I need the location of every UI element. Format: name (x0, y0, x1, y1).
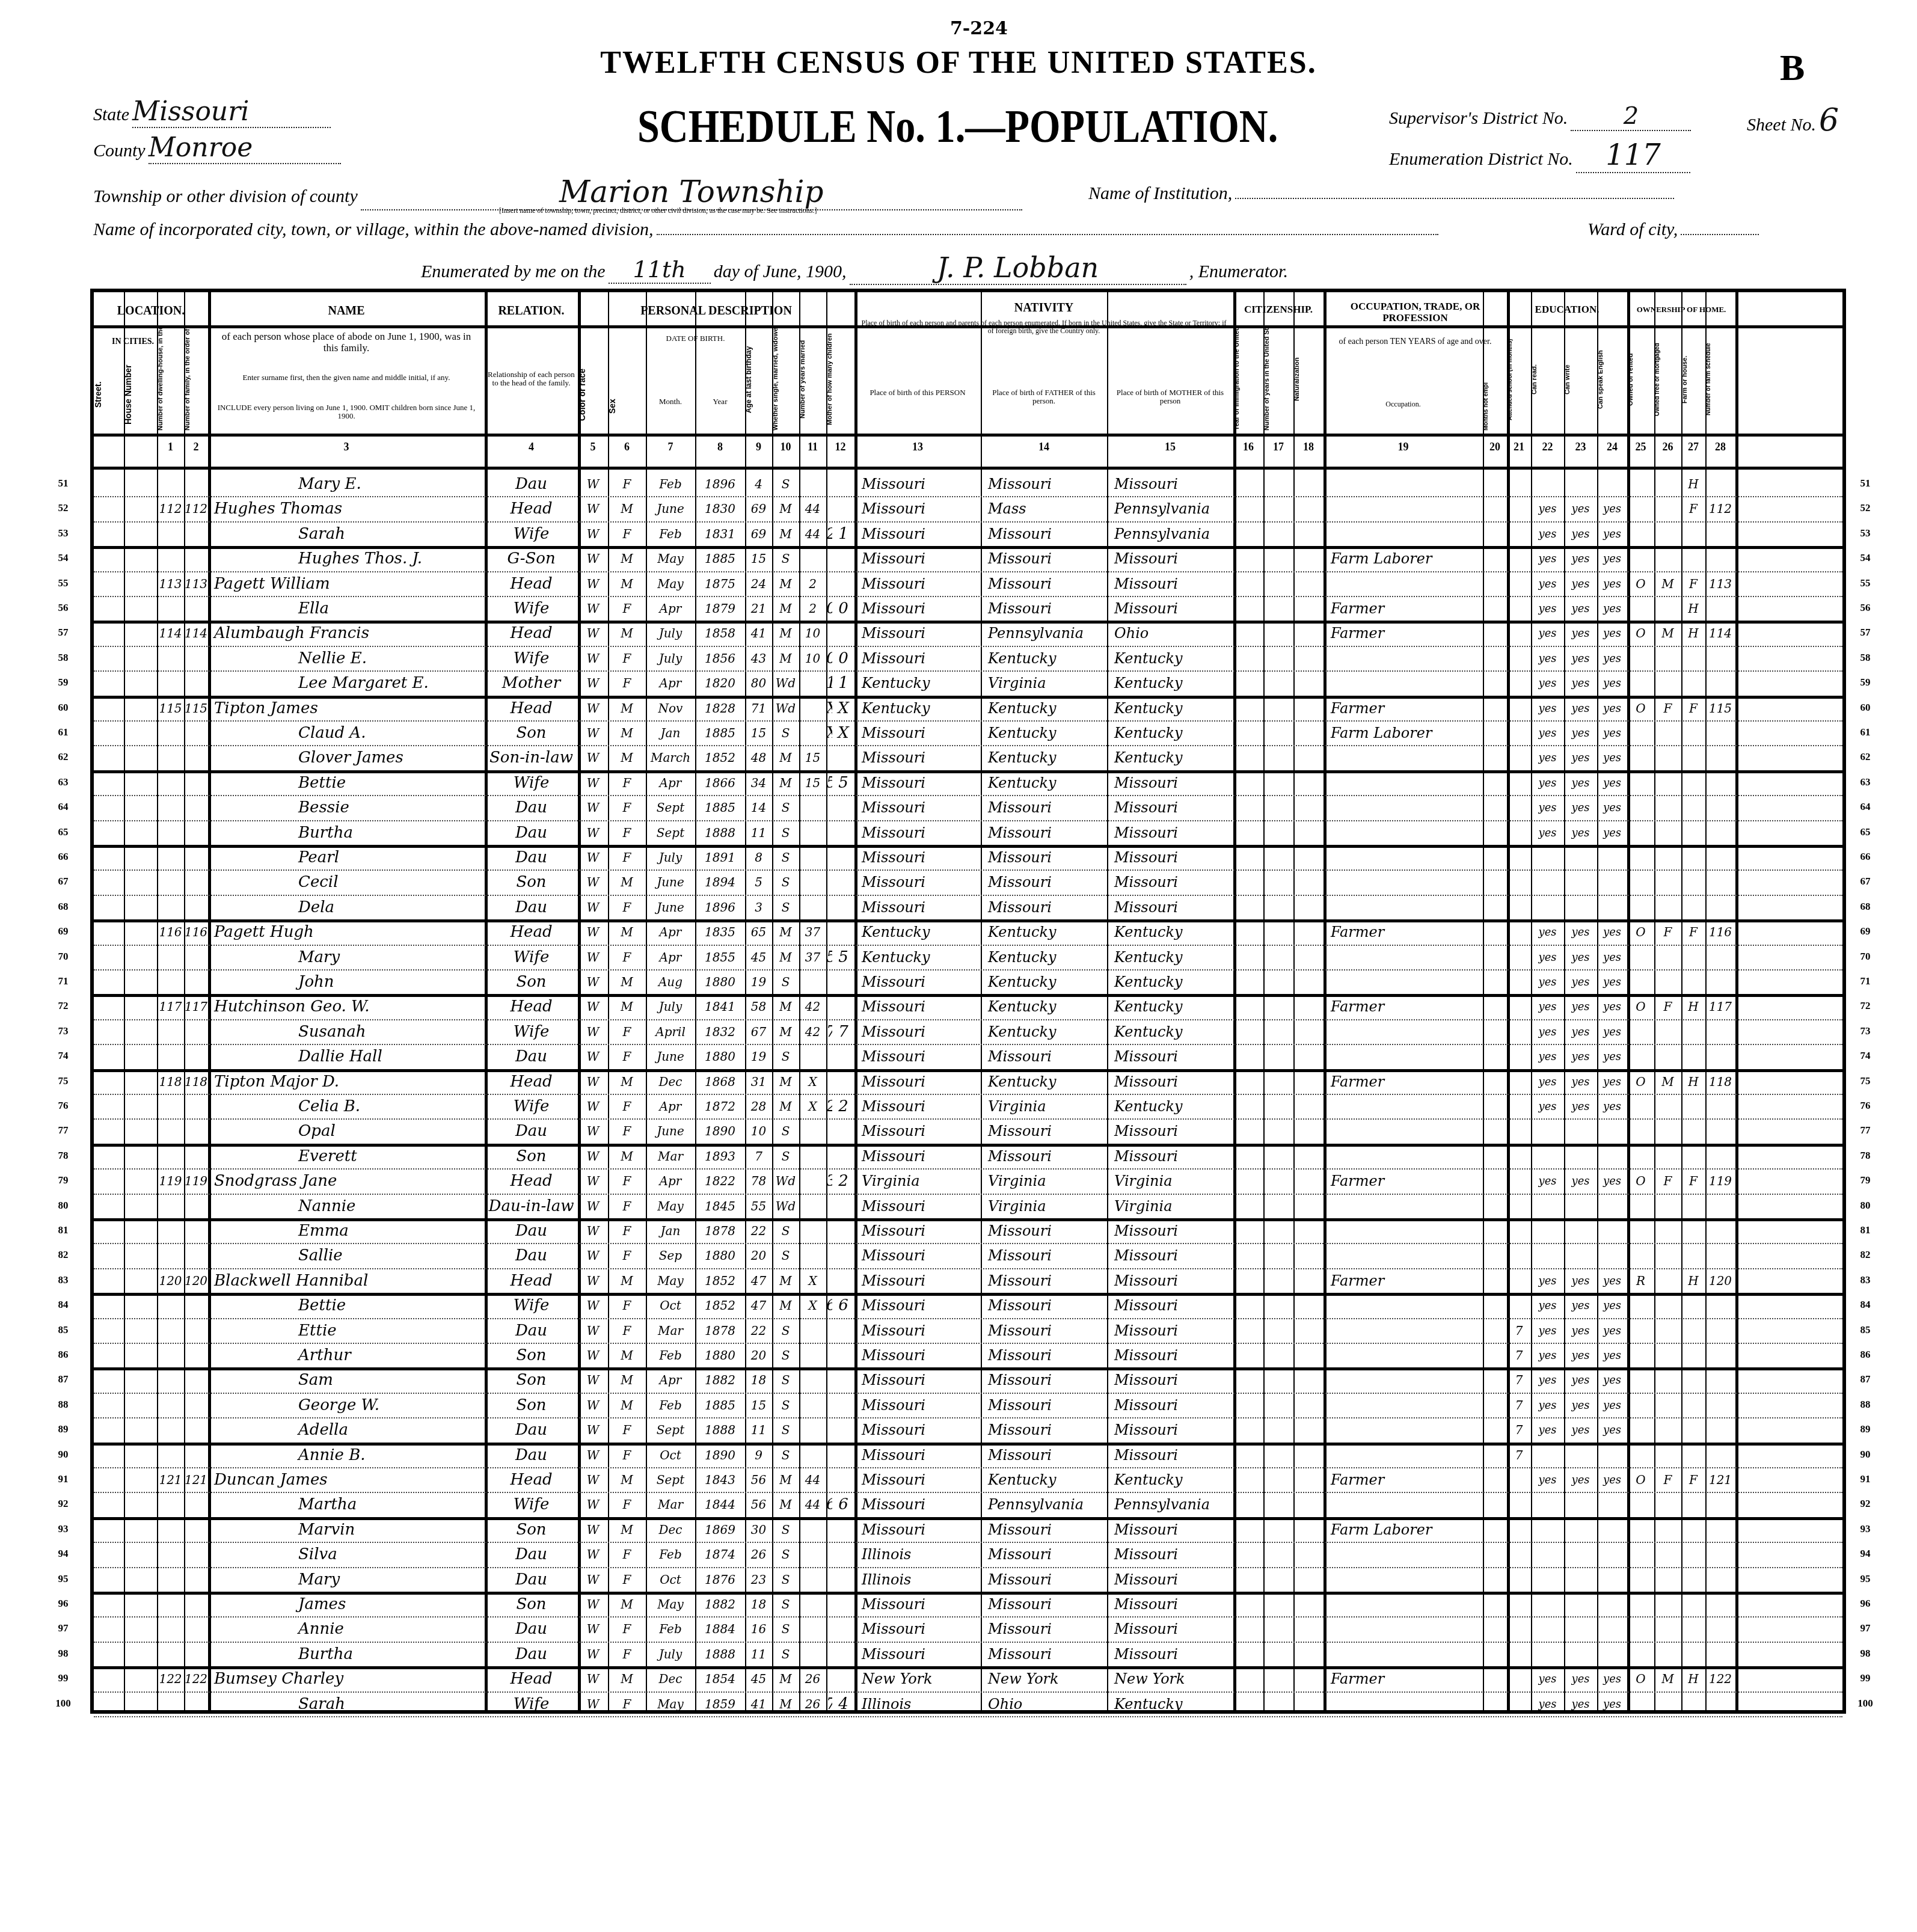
cell-birth: Missouri (854, 845, 988, 871)
cell-father: New York (981, 1666, 1114, 1692)
line-number: 75 (51, 1075, 75, 1087)
cell-sex: F (608, 1243, 646, 1269)
cell-marital: Wd (772, 696, 799, 722)
cell-month: May (646, 571, 695, 597)
cell-family (184, 845, 208, 871)
table-row: SarahWifeWFFeb183169M4421MissouriMissour… (94, 521, 1842, 546)
cell-occupation: Farmer (1323, 994, 1490, 1020)
header-free-mortgaged: Owned free or mortgaged (1654, 328, 1681, 431)
line-number: 88 (51, 1399, 75, 1411)
cell-yrs-married: 15 (799, 770, 826, 796)
cell-schedule (1705, 521, 1735, 547)
cell-write: yes (1564, 1268, 1597, 1294)
cell-marital: M (772, 1019, 799, 1045)
line-number: 86 (51, 1349, 75, 1361)
cell-read: yes (1531, 1691, 1564, 1717)
sheet-field: Sheet No. 6 (1747, 102, 1839, 138)
cell-month: Feb (646, 1542, 695, 1568)
cell-free (1654, 471, 1681, 497)
cell-occupation (1323, 1592, 1490, 1618)
cell-yrs-married: 42 (799, 994, 826, 1020)
enumerator-signature: J. P. Lobban (850, 251, 1186, 285)
cell-mother-of (826, 1343, 832, 1369)
cell-free (1654, 1542, 1681, 1568)
cell-occupation (1323, 1118, 1490, 1144)
cell-mother-of: 6 (826, 1293, 832, 1319)
cell-family (184, 1367, 208, 1393)
column-number: 11 (799, 441, 826, 453)
cell-farm (1681, 945, 1705, 971)
cell-father: Kentucky (981, 1069, 1114, 1095)
cell-living (832, 1592, 854, 1618)
cell-year: 1885 (695, 546, 745, 572)
cell-english: yes (1597, 1268, 1627, 1294)
table-row: OpalDauWFJune189010SMissouriMissouriMiss… (94, 1118, 1842, 1143)
cell-living (832, 471, 854, 497)
cell-month: Apr (646, 1094, 695, 1120)
column-number: 18 (1293, 441, 1323, 453)
cell-birth: Missouri (854, 571, 988, 597)
cell-occupation (1323, 670, 1490, 696)
cell-year: 1858 (695, 621, 745, 646)
cell-write: yes (1564, 1044, 1597, 1070)
cell-write: yes (1564, 621, 1597, 646)
supervisor-label: Supervisor's District No. (1389, 108, 1568, 128)
cell-age: 45 (745, 1666, 772, 1692)
line-number: 83 (51, 1274, 75, 1286)
column-number: 22 (1531, 441, 1564, 453)
cell-schedule (1705, 869, 1735, 895)
cell-father: Missouri (981, 895, 1114, 921)
header-age: Age at last birthday (745, 328, 772, 431)
line-number: 66 (51, 851, 75, 863)
cell-month: Sept (646, 1417, 695, 1443)
city-value (657, 234, 1438, 235)
cell-birth: Missouri (854, 745, 988, 771)
cell-marital: S (772, 1517, 799, 1543)
cell-marital: M (772, 1069, 799, 1095)
cell-sex: F (608, 1318, 646, 1344)
cell-english: yes (1597, 745, 1627, 771)
cell-marital: M (772, 1268, 799, 1294)
cell-marital: M (772, 919, 799, 945)
cell-year: 1878 (695, 1218, 745, 1244)
cell-sex: M (608, 720, 646, 746)
cell-mother-of (826, 1417, 832, 1443)
cell-sex: F (608, 820, 646, 846)
cell-schedule (1705, 1567, 1735, 1593)
cell-yrs-married: X (799, 1268, 826, 1294)
cell-yrs-married (799, 795, 826, 821)
table-row: MaryWifeWFApr185545M3755KentuckyKentucky… (94, 945, 1842, 969)
cell-mother: Missouri (1107, 1293, 1241, 1319)
cell-birth: Missouri (854, 1144, 988, 1170)
cell-write: yes (1564, 670, 1597, 696)
state-label: State (93, 105, 129, 124)
cell-english (1597, 1642, 1627, 1667)
cell-family (184, 670, 208, 696)
table-row: Claud A.SonWMJan188515SXXMissouriKentuck… (94, 720, 1842, 745)
cell-father: Missouri (981, 596, 1114, 622)
cell-farm (1681, 546, 1705, 572)
column-number: 10 (772, 441, 799, 453)
cell-mother-of (826, 1642, 832, 1667)
cell-father: Missouri (981, 1592, 1114, 1618)
cell-occupation: Farmer (1323, 696, 1490, 722)
cell-birth: Missouri (854, 1044, 988, 1070)
cell-yrs-married: 44 (799, 496, 826, 522)
cell-yrs-married: 10 (799, 621, 826, 646)
cell-month: Sep (646, 1243, 695, 1269)
cell-free (1654, 745, 1681, 771)
enumerated-day: 11th (609, 256, 711, 284)
cell-month: April (646, 1019, 695, 1045)
cell-father: Missouri (981, 820, 1114, 846)
cell-mother: Missouri (1107, 1144, 1241, 1170)
cell-farm: H (1681, 994, 1705, 1020)
line-number: 58 (51, 652, 75, 664)
cell-mother-of: X (826, 696, 832, 722)
cell-relation: Head (485, 1467, 578, 1493)
cell-read: yes (1531, 1293, 1564, 1319)
cell-schedule (1705, 1367, 1735, 1393)
cell-school (1507, 1268, 1531, 1294)
cell-father: Missouri (981, 1567, 1114, 1593)
cell-living (832, 1567, 854, 1593)
cell-month: Mar (646, 1492, 695, 1518)
cell-english (1597, 869, 1627, 895)
cell-relation: Son (485, 1144, 578, 1170)
cell-dwelling (157, 1592, 184, 1618)
cell-school (1507, 919, 1531, 945)
cell-dwelling (157, 1492, 184, 1518)
cell-write: yes (1564, 969, 1597, 995)
cell-dwelling (157, 745, 184, 771)
cell-farm (1681, 521, 1705, 547)
line-number: 96 (1853, 1598, 1877, 1610)
cell-mother: Kentucky (1107, 670, 1241, 696)
cell-month: May (646, 1592, 695, 1618)
state-field: State Missouri (93, 96, 346, 128)
cell-read: yes (1531, 969, 1564, 995)
cell-yrs-married: 10 (799, 646, 826, 672)
cell-marital: M (772, 646, 799, 672)
cell-farm (1681, 1293, 1705, 1319)
cell-occupation (1323, 1691, 1490, 1717)
cell-dwelling (157, 471, 184, 497)
column-number: 13 (854, 441, 981, 453)
cell-age: 20 (745, 1343, 772, 1369)
cell-birth: Virginia (854, 1168, 988, 1194)
cell-free: M (1654, 571, 1681, 597)
column-number-line (94, 467, 1842, 470)
cell-school: 7 (1507, 1367, 1531, 1393)
cell-color: W (578, 820, 608, 846)
cell-yrs-married (799, 1343, 826, 1369)
cell-birth: Kentucky (854, 696, 988, 722)
cell-free (1654, 1044, 1681, 1070)
line-number: 95 (1853, 1573, 1877, 1585)
cell-father: Missouri (981, 869, 1114, 895)
cell-color: W (578, 670, 608, 696)
cell-living (832, 1367, 854, 1393)
cell-year: 1852 (695, 1268, 745, 1294)
cell-free (1654, 1592, 1681, 1618)
cell-free (1654, 1443, 1681, 1468)
line-number: 95 (51, 1573, 75, 1585)
cell-yrs-married (799, 1367, 826, 1393)
cell-farm: H (1681, 1268, 1705, 1294)
cell-read: yes (1531, 496, 1564, 522)
cell-year: 1875 (695, 571, 745, 597)
line-number: 80 (1853, 1200, 1877, 1212)
cell-write: yes (1564, 820, 1597, 846)
header-farm-schedule: Number of farm schedule (1705, 328, 1735, 431)
table-row: ArthurSonWMFeb188020SMissouriMissouriMis… (94, 1343, 1842, 1367)
cell-mother-of (826, 795, 832, 821)
cell-free (1654, 1293, 1681, 1319)
cell-sex: F (608, 945, 646, 971)
cell-father: Missouri (981, 1118, 1114, 1144)
cell-dwelling (157, 720, 184, 746)
cell-birth: Missouri (854, 596, 988, 622)
cell-occupation (1323, 496, 1490, 522)
cell-read: yes (1531, 994, 1564, 1020)
enumerated-suffix: day of June, 1900, (714, 262, 847, 281)
cell-mother: Kentucky (1107, 1691, 1241, 1717)
cell-mother: Missouri (1107, 820, 1241, 846)
cell-marital: M (772, 521, 799, 547)
cell-mother-of (826, 1393, 832, 1418)
cell-family (184, 1417, 208, 1443)
cell-family (184, 869, 208, 895)
cell-year: 1890 (695, 1443, 745, 1468)
table-row: BessieDauWFSept188514SMissouriMissouriMi… (94, 795, 1842, 820)
cell-relation: Son (485, 969, 578, 995)
cell-name: Tipton Major D. (208, 1069, 491, 1095)
table-row: 113113Pagett WilliamHeadWMMay187524M2Mis… (94, 571, 1842, 596)
enumeration-district-field: Enumeration District No. 117 (1389, 138, 1690, 173)
cell-age: 7 (745, 1144, 772, 1170)
cell-read: yes (1531, 1666, 1564, 1692)
cell-mother: Missouri (1107, 1542, 1241, 1568)
cell-birth: Missouri (854, 1343, 988, 1369)
line-number: 76 (51, 1100, 75, 1112)
cell-write: yes (1564, 945, 1597, 971)
cell-living (832, 1044, 854, 1070)
cell-month: Sept (646, 820, 695, 846)
cell-free (1654, 1118, 1681, 1144)
table-row: EttieDauWFMar187822SMissouriMissouriMiss… (94, 1318, 1842, 1343)
cell-name: Alumbaugh Francis (208, 621, 491, 646)
cell-year: 1885 (695, 1393, 745, 1418)
cell-own (1627, 1517, 1654, 1543)
cell-name: Bumsey Charley (208, 1666, 491, 1692)
cell-yrs-married (799, 845, 826, 871)
cell-occupation (1323, 1243, 1490, 1269)
cell-own (1627, 869, 1654, 895)
cell-mother-of (826, 471, 832, 497)
supervisor-field: Supervisor's District No. 2 (1389, 102, 1691, 131)
cell-birth: Missouri (854, 646, 988, 672)
cell-mother: Missouri (1107, 596, 1241, 622)
cell-school (1507, 496, 1531, 522)
township-value: Marion Township (361, 174, 1022, 210)
cell-dwelling (157, 596, 184, 622)
cell-write: yes (1564, 1168, 1597, 1194)
cell-farm: H (1681, 1069, 1705, 1095)
cell-color: W (578, 770, 608, 796)
cell-mother-of (826, 1194, 832, 1219)
line-number: 60 (51, 702, 75, 714)
cell-own: R (1627, 1268, 1654, 1294)
cell-father: Missouri (981, 1218, 1114, 1244)
cell-schedule (1705, 1642, 1735, 1667)
cell-farm (1681, 1194, 1705, 1219)
line-number: 84 (51, 1299, 75, 1311)
cell-relation: Head (485, 919, 578, 945)
header-name-desc: of each person whose place of abode on J… (214, 331, 479, 354)
cell-own: O (1627, 571, 1654, 597)
cell-sex: M (608, 1666, 646, 1692)
header-birth-person: Place of birth of this PERSON (854, 388, 981, 397)
cell-mother-of: 0 (826, 596, 832, 622)
table-row: EmmaDauWFJan187822SMissouriMissouriMisso… (94, 1218, 1842, 1243)
cell-english (1597, 471, 1627, 497)
header-attended-school: Attended school (in months) (1507, 328, 1531, 431)
cell-write (1564, 1218, 1597, 1244)
cell-sex: M (608, 1069, 646, 1095)
institution-field: Name of Institution, (1088, 183, 1674, 204)
cell-color: W (578, 795, 608, 821)
cell-mother-of (826, 1268, 832, 1294)
table-row: 119119Snodgrass JaneHeadWFApr182278Wd32V… (94, 1168, 1842, 1193)
cell-father: Pennsylvania (981, 621, 1114, 646)
cell-free (1654, 546, 1681, 572)
cell-free (1654, 1691, 1681, 1717)
table-row: Dallie HallDauWFJune188019SMissouriMisso… (94, 1044, 1842, 1069)
cell-mother: Kentucky (1107, 696, 1241, 722)
cell-mother: Ohio (1107, 621, 1241, 646)
cell-year: 1891 (695, 845, 745, 871)
cell-schedule: 113 (1705, 571, 1735, 597)
cell-yrs-married (799, 1542, 826, 1568)
cell-dwelling (157, 1517, 184, 1543)
cell-yrs-married: 2 (799, 571, 826, 597)
cell-schedule (1705, 1243, 1735, 1269)
cell-family (184, 646, 208, 672)
cell-own: O (1627, 994, 1654, 1020)
cell-color: W (578, 1118, 608, 1144)
table-row: SallieDauWFSep188020SMissouriMissouriMis… (94, 1243, 1842, 1268)
line-number: 86 (1853, 1349, 1877, 1361)
cell-living (832, 1417, 854, 1443)
cell-father: Missouri (981, 1393, 1114, 1418)
cell-sex: M (608, 1144, 646, 1170)
cell-free (1654, 1144, 1681, 1170)
cell-school (1507, 720, 1531, 746)
cell-occupation (1323, 1019, 1490, 1045)
cell-family (184, 969, 208, 995)
cell-schedule: 120 (1705, 1268, 1735, 1294)
cell-marital: M (772, 596, 799, 622)
cell-free (1654, 869, 1681, 895)
cell-living (832, 969, 854, 995)
cell-own (1627, 670, 1654, 696)
cell-age: 16 (745, 1616, 772, 1642)
cell-family (184, 945, 208, 971)
cell-marital: M (772, 994, 799, 1020)
cell-english: yes (1597, 670, 1627, 696)
cell-school (1507, 1168, 1531, 1194)
cell-mother-of: 2 (826, 521, 832, 547)
cell-mother: Missouri (1107, 895, 1241, 921)
cell-color: W (578, 696, 608, 722)
column-number: 24 (1597, 441, 1627, 453)
cell-sex: F (608, 1642, 646, 1667)
cell-birth: Missouri (854, 1194, 988, 1219)
cell-dwelling (157, 1417, 184, 1443)
cell-dwelling: 116 (157, 919, 184, 945)
cell-relation: Head (485, 1268, 578, 1294)
cell-schedule (1705, 945, 1735, 971)
cell-mother: Missouri (1107, 1044, 1241, 1070)
cell-year: 1832 (695, 1019, 745, 1045)
cell-dwelling (157, 1218, 184, 1244)
header-year: Year (695, 397, 745, 406)
cell-living (832, 895, 854, 921)
table-row: George W.SonWMFeb188515SMissouriMissouri… (94, 1393, 1842, 1417)
header-birth-father: Place of birth of FATHER of this person. (981, 388, 1107, 406)
cell-dwelling: 122 (157, 1666, 184, 1692)
cell-month: Jan (646, 720, 695, 746)
cell-father: Kentucky (981, 646, 1114, 672)
cell-year: 1852 (695, 1293, 745, 1319)
cell-farm (1681, 1343, 1705, 1369)
cell-month: Dec (646, 1666, 695, 1692)
cell-farm (1681, 795, 1705, 821)
line-number: 91 (1853, 1473, 1877, 1485)
cell-english: yes (1597, 1666, 1627, 1692)
cell-color: W (578, 1443, 608, 1468)
cell-relation: Wife (485, 1492, 578, 1518)
cell-month: June (646, 496, 695, 522)
header-relation-desc: Relationship of each person to the head … (488, 370, 575, 388)
cell-sex: F (608, 770, 646, 796)
cell-sex: M (608, 571, 646, 597)
cell-father: Missouri (981, 471, 1114, 497)
cell-dwelling (157, 670, 184, 696)
cell-free (1654, 1318, 1681, 1344)
line-number: 85 (51, 1324, 75, 1336)
cell-month: Apr (646, 1367, 695, 1393)
cell-dwelling (157, 1567, 184, 1593)
county-field: County Monroe (93, 132, 346, 164)
cell-occupation (1323, 869, 1490, 895)
line-number: 65 (51, 826, 75, 838)
cell-birth: Kentucky (854, 919, 988, 945)
cell-dwelling (157, 845, 184, 871)
cell-month: Oct (646, 1567, 695, 1593)
cell-sex: F (608, 1194, 646, 1219)
cell-color: W (578, 869, 608, 895)
cell-mother-of (826, 1517, 832, 1543)
cell-marital: S (772, 1118, 799, 1144)
cell-living (832, 1218, 854, 1244)
cell-mother: Kentucky (1107, 919, 1241, 945)
cell-free: F (1654, 1168, 1681, 1194)
cell-color: W (578, 895, 608, 921)
